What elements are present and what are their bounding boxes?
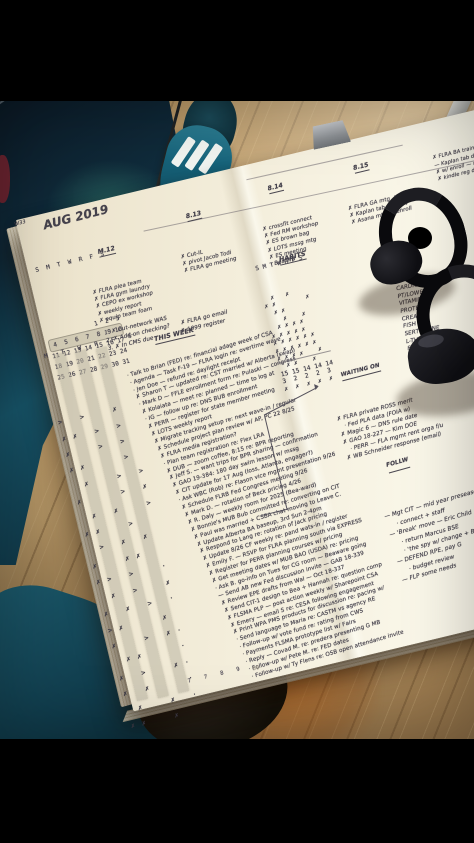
- daily-date: M.12: [97, 245, 116, 257]
- follow-header: FOLLW: [386, 456, 411, 473]
- screenshot: W33 AUG 2019 S M T W R F S 1 2 3 4 5 6 7…: [0, 0, 474, 843]
- daily-date: 8.13: [185, 210, 202, 222]
- daily-date: 8.14: [267, 182, 284, 194]
- photo-of-journal: W33 AUG 2019 S M T W R F S 1 2 3 4 5 6 7…: [0, 101, 474, 739]
- letterbox-bottom: [0, 739, 474, 843]
- letterbox-top: [0, 0, 474, 101]
- wireless-earbuds: [352, 181, 474, 453]
- daily-date: 8.15: [353, 162, 370, 174]
